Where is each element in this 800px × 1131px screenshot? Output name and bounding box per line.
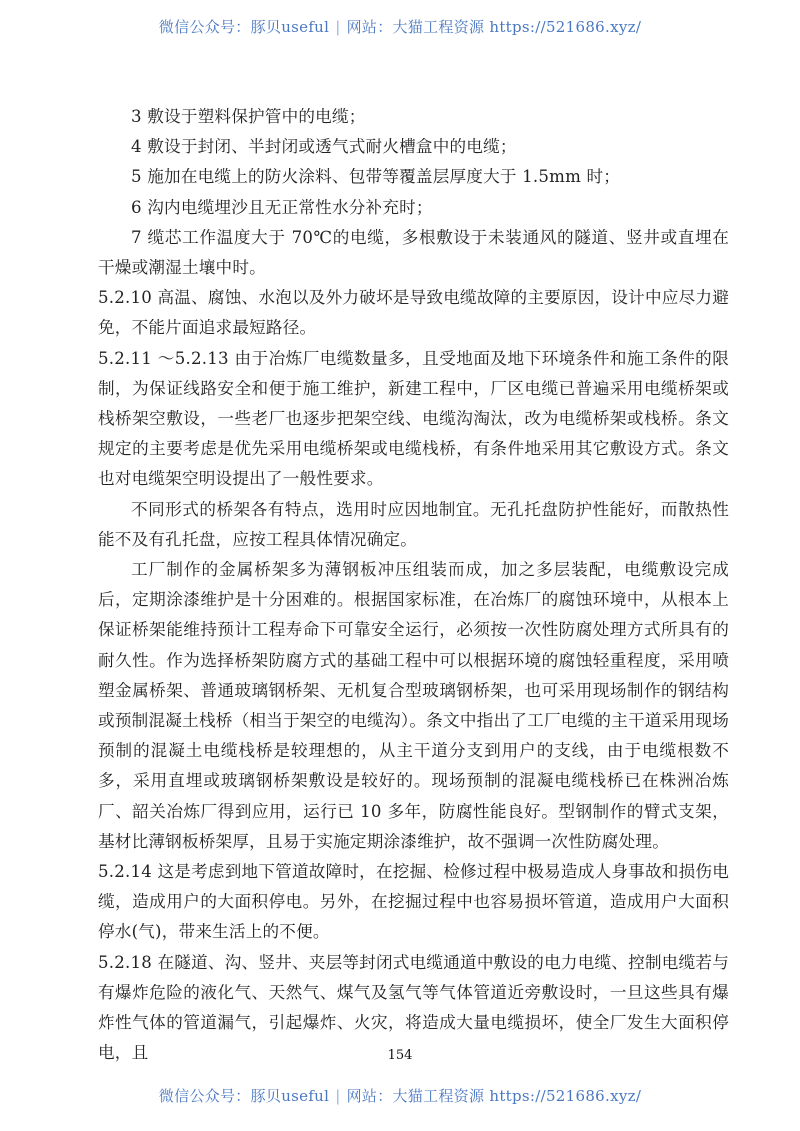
document-body: 3 敷设于塑料保护管中的电缆； 4 敷设于封闭、半封闭或透气式耐火槽盒中的电缆；… (98, 102, 729, 1069)
clause-5-2-14: 5.2.14 这是考虑到地下管道故障时，在挖掘、检修过程中极易造成人身事故和损伤… (98, 857, 729, 948)
wechat-label: 微信公众号：豚贝useful (159, 18, 329, 36)
list-item-7: 7 缆芯工作温度大于 70℃的电缆，多根敷设于未装通风的隧道、竖井或直埋在干燥或… (98, 223, 729, 283)
site-label: 网站：大猫工程资源 https://521686.xyz/ (347, 1087, 642, 1105)
site-label: 网站：大猫工程资源 https://521686.xyz/ (347, 18, 642, 36)
paragraph-metal-tray: 工厂制作的金属桥架多为薄钢板冲压组装而成，加之多层装配，电缆敷设完成后，定期涂漆… (98, 555, 729, 857)
list-item-3: 3 敷设于塑料保护管中的电缆； (98, 102, 729, 132)
header-watermark: 微信公众号：豚贝useful|网站：大猫工程资源 https://521686.… (0, 16, 800, 37)
wechat-label: 微信公众号：豚贝useful (159, 1087, 329, 1105)
footer-watermark: 微信公众号：豚贝useful|网站：大猫工程资源 https://521686.… (0, 1085, 800, 1106)
paragraph-tray-types: 不同形式的桥架各有特点，选用时应因地制宜。无孔托盘防护性能好，而散热性能不及有孔… (98, 495, 729, 555)
clause-5-2-11-13: 5.2.11 ～5.2.13 由于冶炼厂电缆数量多，且受地面及地下环境条件和施工… (98, 344, 729, 495)
page-number: 154 (0, 1048, 800, 1063)
watermark-separator: | (335, 18, 340, 36)
watermark-separator: | (335, 1087, 340, 1105)
clause-5-2-10: 5.2.10 高温、腐蚀、水泡以及外力破坏是导致电缆故障的主要原因，设计中应尽力… (98, 283, 729, 343)
list-item-6: 6 沟内电缆埋沙且无正常性水分补充时； (98, 193, 729, 223)
list-item-4: 4 敷设于封闭、半封闭或透气式耐火槽盒中的电缆； (98, 132, 729, 162)
list-item-5: 5 施加在电缆上的防火涂料、包带等覆盖层厚度大于 1.5mm 时； (98, 162, 729, 192)
